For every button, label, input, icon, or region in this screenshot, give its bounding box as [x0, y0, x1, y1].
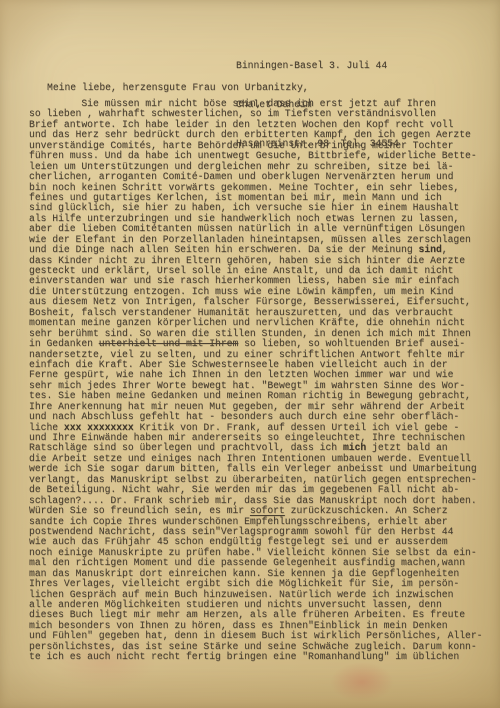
letter-body: Sie müssen mir nicht böse sein, dass ich…	[29, 99, 489, 663]
letter-line: in Gedanken unterhielt und mit Ihrem so …	[29, 339, 489, 349]
paper-shadow-bottom	[0, 668, 500, 708]
sender-place-date-line: Binningen-Basel 3. Juli 44	[236, 59, 399, 72]
letter-line: te ich es auch nicht recht fertig bringe…	[29, 652, 489, 662]
letter-scan: Binningen-Basel 3. Juli 44 Chalet Daheim…	[0, 0, 500, 708]
paper-stain-pink-center	[330, 662, 394, 702]
letter-line: Würden Sie so freundlich sein, es mir so…	[29, 506, 489, 516]
letter-line: und die Dinge nach allen Seiten hin ersc…	[29, 245, 489, 255]
salutation: Meine liebe, herzensgute Frau von Urbani…	[47, 82, 309, 93]
letter-line: cherlichen, arroganten Comité-Damen und …	[29, 172, 489, 182]
letter-line: Ihres Verlages, vielleicht ergibt sich d…	[29, 579, 489, 589]
paper-fold-corner	[0, 0, 80, 80]
